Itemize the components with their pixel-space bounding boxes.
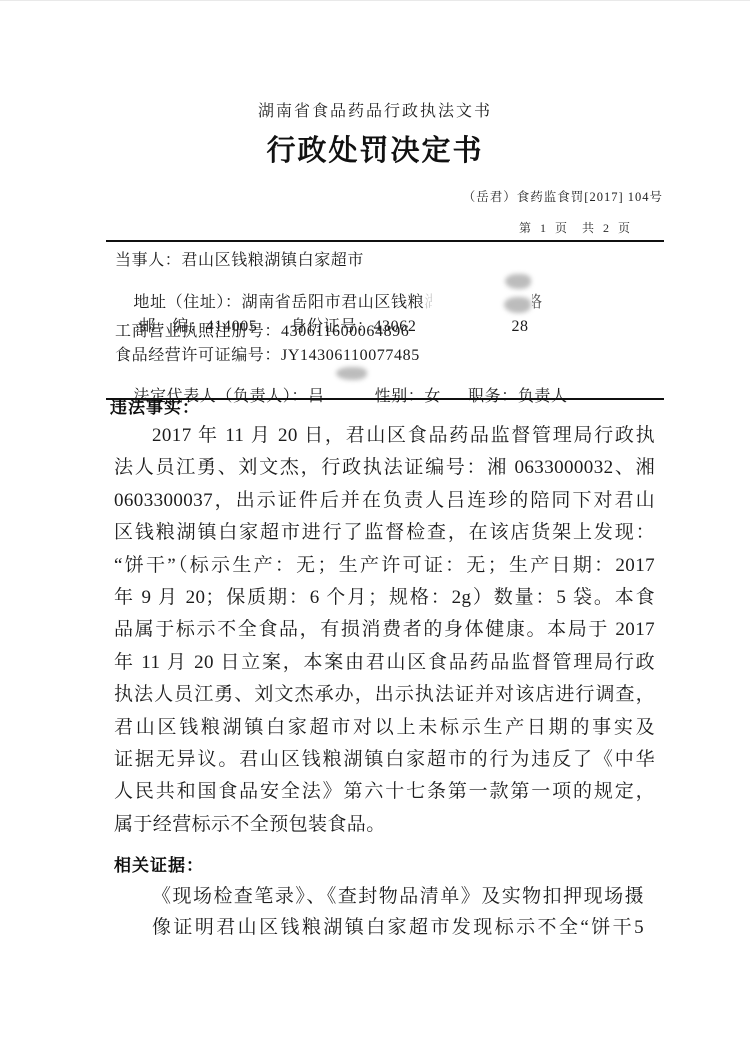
facts-line: 年 11 月 20 日立案，本案由君山区食品药品监督管理局行政 [114, 647, 655, 674]
scanned-document-page: 湖南省食品药品行政执法文书 行政处罚决定书 （岳君）食药监食罚[2017] 10… [0, 0, 750, 1062]
facts-section-heading: 违法事实： [110, 393, 200, 418]
facts-line: 0603300037，出示证件后并在负责人吕连珍的陪同下对君山 [114, 485, 655, 512]
document-number: （岳君）食药监食罚[2017] 104号 [463, 187, 663, 205]
facts-line: 君山区钱粮湖镇白家超市对以上未标示生产日期的事实及 [114, 712, 655, 739]
page-indicator: 第 1 页 共 2 页 [519, 219, 633, 236]
facts-line: 属于经营标示不全预包装食品。 [114, 809, 655, 836]
redaction-smudge-address [505, 274, 531, 289]
facts-line: 执法人员江勇、刘文杰承办，出示执法证并对该店进行调查， [114, 679, 655, 706]
document-title: 行政处罚决定书 [0, 128, 750, 169]
evidence-line: 《现场检查笔录》、《查封物品清单》及实物扣押现场摄 [152, 881, 644, 908]
id-suffix: 28 [511, 318, 528, 335]
facts-line: 区钱粮湖镇白家超市进行了监督检查，在该店货架上发现： [114, 517, 655, 544]
facts-line: 人民共和国食品安全法》第六十七条第一款第一项的规定， [114, 776, 655, 803]
facts-line: 法人员江勇、刘文杰，行政执法证编号：湘 0633000032、湘 [114, 452, 655, 479]
redaction-smudge-id-number [504, 297, 531, 313]
party-name-line: 当事人：君山区钱粮湖镇白家超市 [115, 247, 364, 270]
facts-line: 品属于标示不全食品，有损消费者的身体健康。本局于 2017 [114, 614, 655, 641]
position-text: 职务：负责人 [468, 388, 568, 405]
party-license-line: 工商营业执照注册号：430611600064896 [115, 318, 409, 341]
party-permit-line: 食品经营许可证编号：JY14306110077485 [115, 342, 420, 365]
redaction-smudge-rep-name [336, 367, 367, 380]
facts-line: 2017 年 11 月 20 日，君山区食品药品监督管理局行政执 [114, 420, 655, 447]
facts-line: “饼干”（标示生产：无；生产许可证：无；生产日期：2017 [114, 550, 655, 577]
evidence-line: 像证明君山区钱粮湖镇白家超市发现标示不全“饼干5 [152, 912, 644, 939]
horizontal-rule-top [106, 240, 664, 242]
address-tail-char: 路 [532, 289, 544, 312]
letterhead: 湖南省食品药品行政执法文书 [0, 98, 750, 121]
facts-line: 年 9 月 20；保质期：6 个月；规格：2g）数量：5 袋。本食 [114, 582, 655, 609]
facts-line: 证据无异议。君山区钱粮湖镇白家超市的行为违反了《中华 [114, 744, 655, 771]
evidence-section-heading: 相关证据： [114, 851, 204, 876]
gender-text: 性别：女 [375, 388, 441, 405]
